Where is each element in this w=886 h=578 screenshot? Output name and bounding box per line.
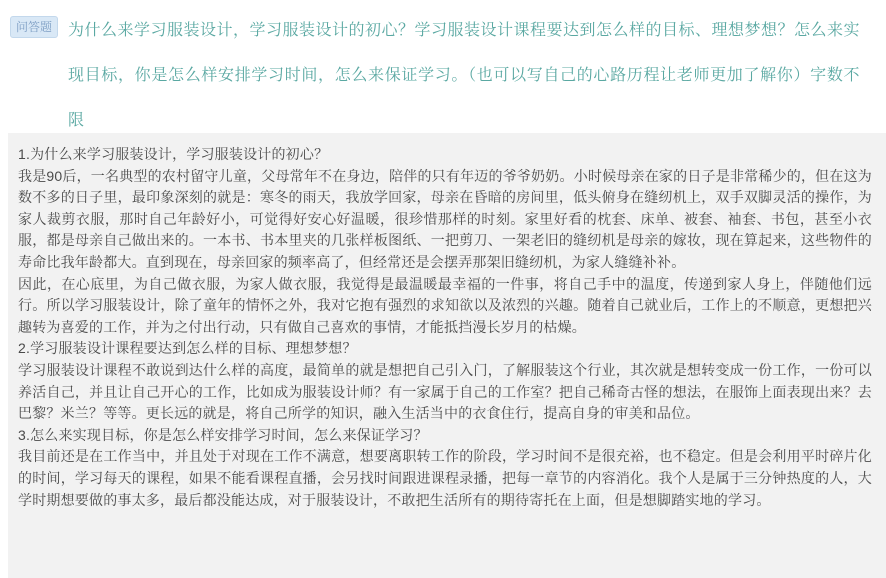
answer-heading-3: 3.怎么来实现目标，你是怎么样安排学习时间，怎么来保证学习？	[18, 425, 872, 447]
answer-paragraph: 我是90后，一名典型的农村留守儿童，父母常年不在身边，陪伴的只有年迈的爷爷奶奶。…	[18, 166, 872, 274]
question-text: 为什么来学习服装设计，学习服装设计的初心？学习服装设计课程要达到怎么样的目标、理…	[68, 8, 860, 143]
answer-heading-1: 1.为什么来学习服装设计，学习服装设计的初心？	[18, 144, 872, 166]
answer-paragraph: 因此，在心底里，为自己做衣服，为家人做衣服，我觉得是最温暖最幸福的一件事，将自己…	[18, 274, 872, 339]
answer-paragraph: 学习服装设计课程不敢说到达什么样的高度，最简单的就是想把自己引入门，了解服装这个…	[18, 360, 872, 425]
answer-paragraph: 我目前还是在工作当中，并且处于对现在工作不满意，想要离职转工作的阶段，学习时间不…	[18, 446, 872, 511]
question-type-badge: 问答题	[10, 16, 58, 38]
answer-panel: 1.为什么来学习服装设计，学习服装设计的初心？ 我是90后，一名典型的农村留守儿…	[8, 133, 886, 578]
answer-heading-2: 2.学习服装设计课程要达到怎么样的目标、理想梦想？	[18, 338, 872, 360]
